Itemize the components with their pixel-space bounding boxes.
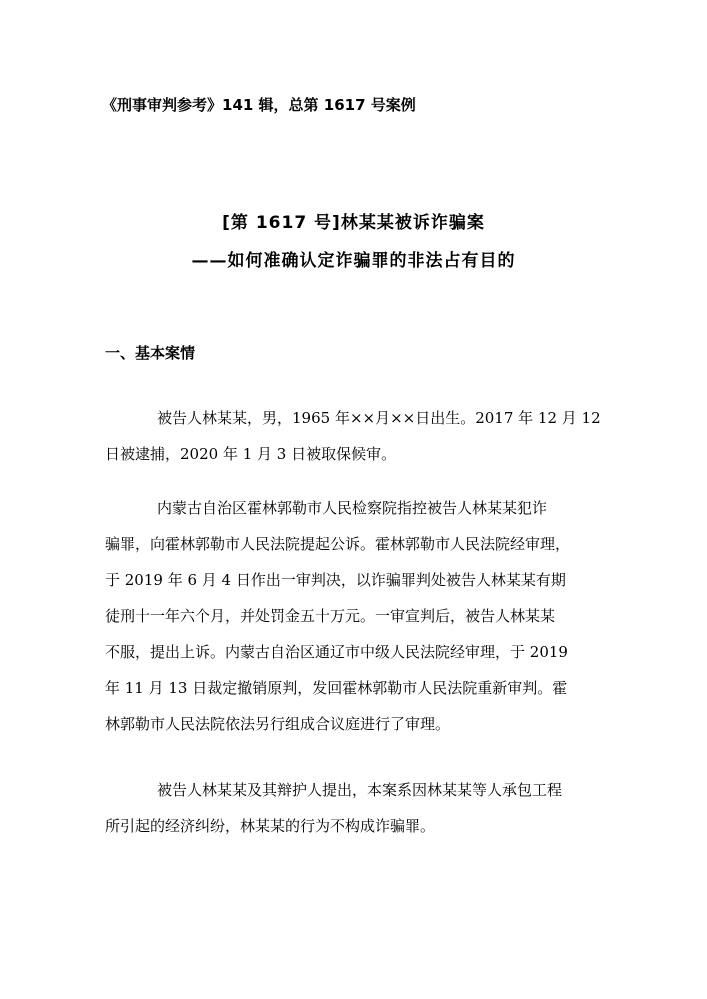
paragraph-line: 徒刑十一年六个月，并处罚金五十万元。一审宣判后，被告人林某某 [105, 598, 602, 634]
paragraph-line: 不服，提出上诉。内蒙古自治区通辽市中级人民法院经审理，于 2019 [105, 634, 602, 670]
paragraph-line: 年 11 月 13 日裁定撤销原判，发回霍林郭勒市人民法院重新审判。霍 [105, 670, 602, 706]
section-heading-basic-facts: 一、基本案情 [105, 342, 195, 364]
paragraph-line: 被告人林某某，男，1965 年××月××日出生。2017 年 12 月 12 [105, 400, 602, 436]
paragraph-line: 内蒙古自治区霍林郭勒市人民检察院指控被告人林某某犯诈 [105, 490, 602, 526]
paragraph-defense-argument: 被告人林某某及其辩护人提出，本案系因林某某等人承包工程 所引起的经济纠纷，林某某… [105, 772, 602, 844]
paragraph-line: 于 2019 年 6 月 4 日作出一审判决，以诈骗罪判处被告人林某某有期 [105, 562, 602, 598]
paragraph-line: 所引起的经济纠纷，林某某的行为不构成诈骗罪。 [105, 808, 602, 844]
paragraph-defendant-info: 被告人林某某，男，1965 年××月××日出生。2017 年 12 月 12 日… [105, 400, 602, 472]
paragraph-line: 林郭勒市人民法院依法另行组成合议庭进行了审理。 [105, 706, 602, 742]
paragraph-line: 骗罪，向霍林郭勒市人民法院提起公诉。霍林郭勒市人民法院经审理， [105, 526, 602, 562]
paragraph-line: 日被逮捕，2020 年 1 月 3 日被取保候审。 [105, 436, 602, 472]
paragraph-procedural-history: 内蒙古自治区霍林郭勒市人民检察院指控被告人林某某犯诈 骗罪，向霍林郭勒市人民法院… [105, 490, 602, 742]
case-subtitle: ——如何准确认定诈骗罪的非法占有目的 [0, 246, 707, 271]
paragraph-line: 被告人林某某及其辩护人提出，本案系因林某某等人承包工程 [105, 772, 602, 808]
document-page: 《刑事审判参考》141 辑，总第 1617 号案例 [第 1617 号]林某某被… [0, 0, 707, 999]
source-citation: 《刑事审判参考》141 辑，总第 1617 号案例 [102, 94, 416, 116]
case-title: [第 1617 号]林某某被诉诈骗案 [0, 208, 707, 233]
